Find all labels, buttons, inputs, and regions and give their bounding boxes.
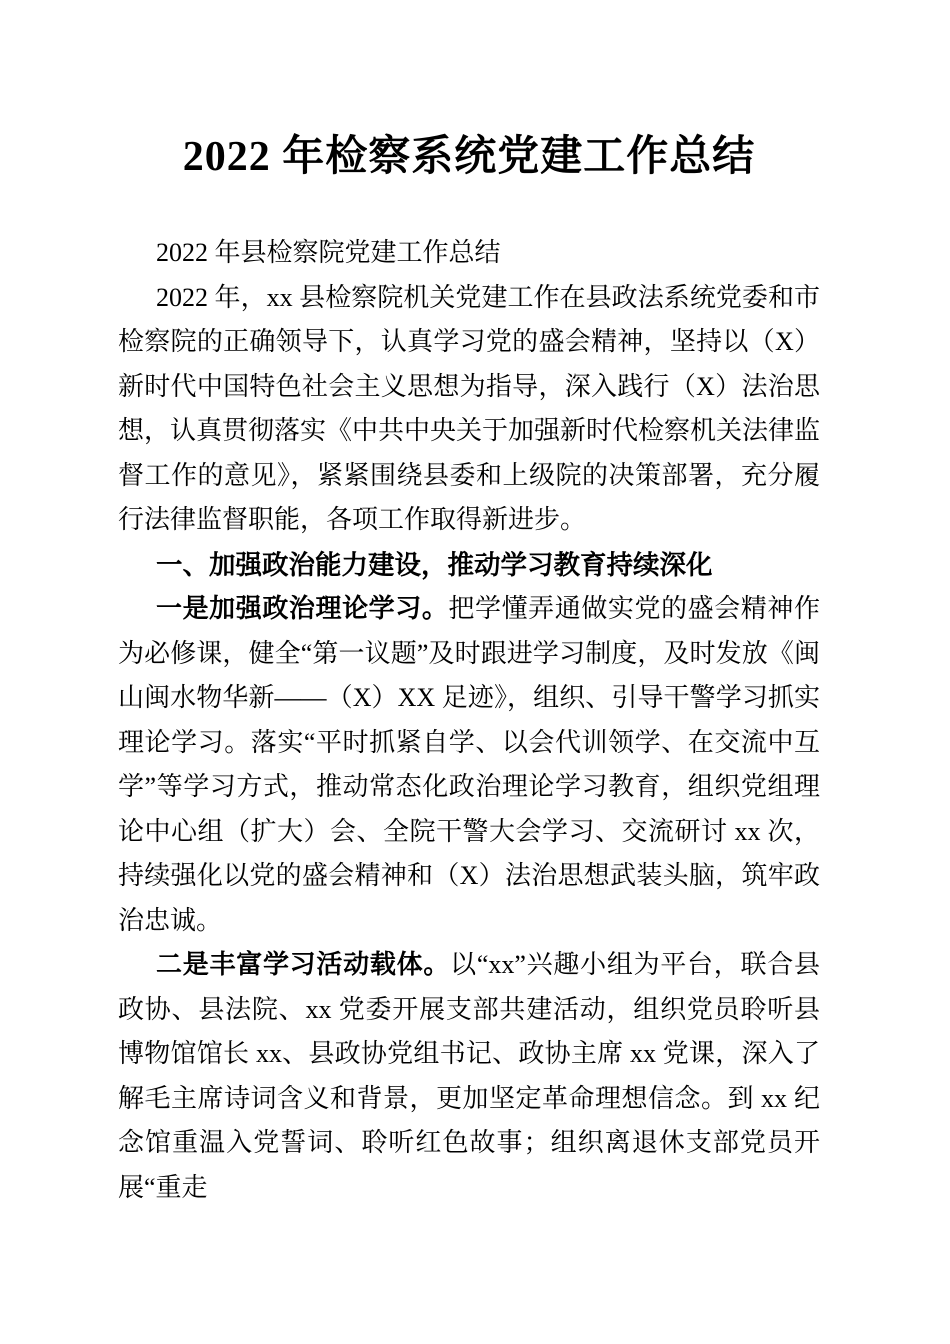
paragraph-point-2: 二是丰富学习活动载体。以“xx”兴趣小组为平台，联合县政协、县法院、xx 党委开… — [118, 943, 820, 1210]
paragraph-point-1: 一是加强政治理论学习。把学懂弄通做实党的盛会精神作为必修课，健全“第一议题”及时… — [118, 587, 820, 943]
document-body: 2022 年县检察院党建工作总结 2022 年，xx 县检察院机关党建工作在县政… — [118, 231, 820, 1210]
paragraph-text-2: 以“xx”兴趣小组为平台，联合县政协、县法院、xx 党委开展支部共建活动，组织党… — [118, 950, 820, 1202]
paragraph-text-1: 把学懂弄通做实党的盛会精神作为必修课，健全“第一议题”及时跟进学习制度，及时发放… — [118, 594, 820, 935]
paragraph-intro: 2022 年，xx 县检察院机关党建工作在县政法系统党委和市检察院的正确领导下，… — [118, 276, 820, 543]
section-heading-1: 一、加强政治能力建设，推动学习教育持续深化 — [118, 543, 820, 588]
paragraph-lead-1: 一是加强政治理论学习。 — [156, 594, 448, 623]
document-title: 2022 年检察系统党建工作总结 — [118, 128, 820, 186]
paragraph-lead-2: 二是丰富学习活动载体。 — [156, 950, 450, 979]
paragraph-subtitle: 2022 年县检察院党建工作总结 — [118, 231, 820, 276]
document-page: 2022 年检察系统党建工作总结 2022 年县检察院党建工作总结 2022 年… — [0, 0, 950, 1344]
